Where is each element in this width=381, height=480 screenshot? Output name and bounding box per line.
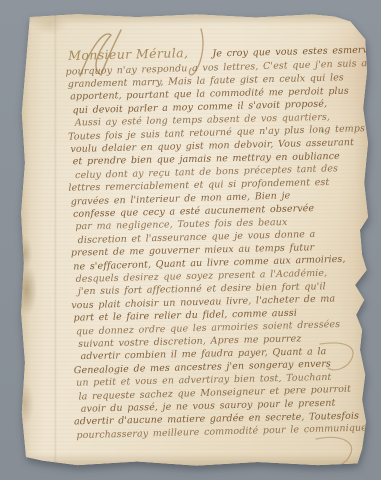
manuscript-lines: pourquoy n'ay respondu a vos lettres, C'… xyxy=(68,58,375,442)
salutation: Monsieur Mérula, xyxy=(68,45,189,63)
photo-background: Monsieur Mérula,Je croy que vous estes e… xyxy=(0,0,381,480)
margin-flourish-lower xyxy=(312,431,360,475)
manuscript-text: Monsieur Mérula,Je croy que vous estes e… xyxy=(68,42,376,442)
paper-surface: Monsieur Mérula,Je croy que vous estes e… xyxy=(18,13,368,467)
letter-paper: Monsieur Mérula,Je croy que vous estes e… xyxy=(18,13,368,467)
